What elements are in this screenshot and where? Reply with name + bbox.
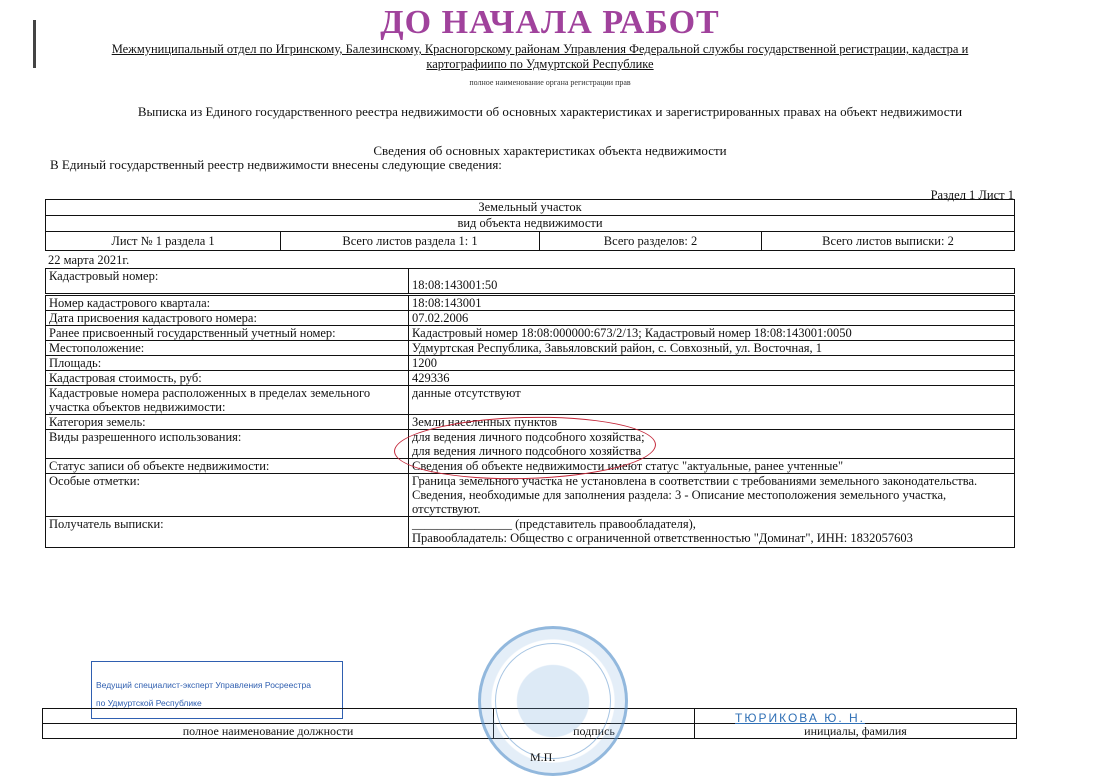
row-label: Кадастровая стоимость, руб: <box>46 371 409 386</box>
row-label: Номер кадастрового квартала: <box>46 296 409 311</box>
row-label: Дата присвоения кадастрового номера: <box>46 311 409 326</box>
sheet-info-row: Лист № 1 раздела 1 Всего листов раздела … <box>45 231 1015 251</box>
row-value: Граница земельного участка не установлен… <box>409 474 1015 517</box>
row-label: Кадастровый номер: <box>46 269 409 294</box>
row-label: Статус записи об объекте недвижимости: <box>46 459 409 474</box>
total-sheets: Всего листов выписки: 2 <box>762 232 1014 250</box>
table-row: Кадастровые номера расположенных в преде… <box>46 386 1015 415</box>
row-value: Удмуртская Республика, Завьяловский райо… <box>409 341 1015 356</box>
row-value: 429336 <box>409 371 1015 386</box>
extract-date: 22 марта 2021г. <box>48 253 129 268</box>
object-type-caption: вид объекта недвижимости <box>45 215 1015 232</box>
organization-caption: полное наименование органа регистрации п… <box>0 78 1100 87</box>
total-sections: Всего разделов: 2 <box>540 232 762 250</box>
extract-title: Выписка из Единого государственного реес… <box>0 104 1100 120</box>
name-caption: инициалы, фамилия <box>695 724 1017 739</box>
organization-name: Межмуниципальный отдел по Игринскому, Ба… <box>80 42 1000 72</box>
position-caption: полное наименование должности <box>43 724 494 739</box>
sheet-number: Лист № 1 раздела 1 <box>46 232 281 250</box>
row-value: 07.02.2006 <box>409 311 1015 326</box>
table-row: Ранее присвоенный государственный учетны… <box>46 326 1015 341</box>
row-value: 18:08:143001 <box>409 296 1015 311</box>
row-label: Ранее присвоенный государственный учетны… <box>46 326 409 341</box>
row-value: данные отсутствуют <box>409 386 1015 415</box>
table-row: Кадастровая стоимость, руб:429336 <box>46 371 1015 386</box>
table-row: Получатель выписки:________________ (пре… <box>46 517 1015 548</box>
row-label: Кадастровые номера расположенных в преде… <box>46 386 409 415</box>
row-value: ________________ (представитель правообл… <box>409 517 1015 548</box>
intro-text: В Единый государственный реестр недвижим… <box>50 157 502 173</box>
row-label: Площадь: <box>46 356 409 371</box>
seal-inner-ring <box>495 643 611 759</box>
position-stamp-line1: Ведущий специалист-эксперт Управления Ро… <box>96 676 342 694</box>
table-row: Номер кадастрового квартала:18:08:143001 <box>46 296 1015 311</box>
table-row: Площадь:1200 <box>46 356 1015 371</box>
seal-caption: М.П. <box>530 750 555 765</box>
row-value: Кадастровый номер 18:08:000000:673/2/13;… <box>409 326 1015 341</box>
cadastral-number-table: Кадастровый номер: 18:08:143001:50 <box>45 268 1015 294</box>
row-label: Особые отметки: <box>46 474 409 517</box>
row-value: 18:08:143001:50 <box>409 269 1015 294</box>
row-label: Получатель выписки: <box>46 517 409 548</box>
table-row: Местоположение:Удмуртская Республика, За… <box>46 341 1015 356</box>
row-label: Категория земель: <box>46 415 409 430</box>
table-row: Кадастровый номер: 18:08:143001:50 <box>46 269 1015 294</box>
row-label: Виды разрешенного использования: <box>46 430 409 459</box>
table-row: Особые отметки:Граница земельного участк… <box>46 474 1015 517</box>
watermark-title: ДО НАЧАЛА РАБОТ <box>0 4 1100 42</box>
row-label: Местоположение: <box>46 341 409 356</box>
sheets-in-section: Всего листов раздела 1: 1 <box>281 232 540 250</box>
name-stamp: ТЮРИКОВА Ю. Н. <box>735 711 865 725</box>
object-type: Земельный участок <box>45 199 1015 216</box>
row-value: 1200 <box>409 356 1015 371</box>
table-row: Дата присвоения кадастрового номера:07.0… <box>46 311 1015 326</box>
